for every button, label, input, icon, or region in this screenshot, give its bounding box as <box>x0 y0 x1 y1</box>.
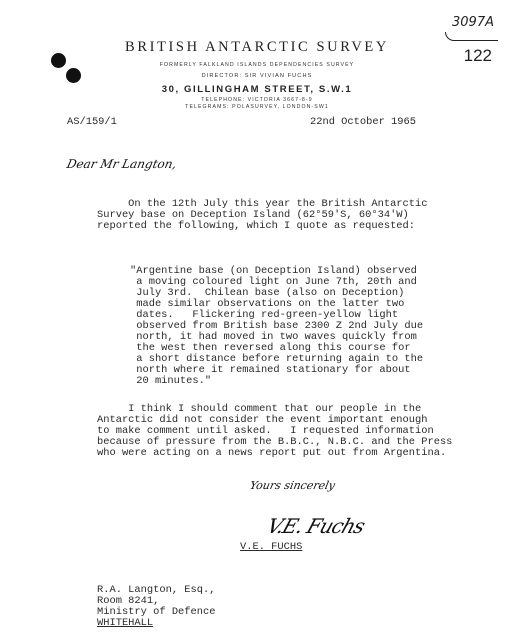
letterhead-formerly: FORMERLY FALKLAND ISLANDS DEPENDENCIES S… <box>0 62 514 68</box>
letter-reference: AS/159/1 <box>67 117 117 128</box>
recipient-line: WHITEHALL <box>97 618 215 629</box>
letter-date: 22nd October 1965 <box>310 117 416 128</box>
handwritten-signature: V.E. Fuchs <box>264 514 368 538</box>
paragraph-1: On the 12th July this year the British A… <box>97 199 427 232</box>
letterhead-telegrams: TELEGRAMS: POLASURVEY, LONDON-SW1 <box>0 104 514 110</box>
paragraph-2: I think I should comment that our people… <box>97 404 452 459</box>
salutation: Dear Mr Langton, <box>66 157 178 171</box>
letterhead-organisation: BRITISH ANTARCTIC SURVEY <box>0 39 514 56</box>
quoted-report: "Argentine base (on Deception Island) ob… <box>130 266 423 387</box>
quote-line: 20 minutes." <box>130 376 423 387</box>
letterhead-telephone: TELEPHONE: VICTORIA 3667-8-9 <box>0 97 514 103</box>
paragraph-1-line: reported the following, which I quote as… <box>97 221 427 232</box>
letterhead-director: DIRECTOR: SIR VIVIAN FUCHS <box>0 73 514 79</box>
letterhead-address: 30, GILLINGHAM STREET, S.W.1 <box>0 84 514 95</box>
signatory-name: V.E. FUCHS <box>240 542 302 553</box>
closing: Yours sincerely <box>249 479 337 492</box>
recipient-address: R.A. Langton, Esq., Room 8241, Ministry … <box>97 585 215 629</box>
archive-reference: 3097A <box>452 15 494 30</box>
paragraph-2-line: who were acting on a news report put out… <box>97 448 452 459</box>
